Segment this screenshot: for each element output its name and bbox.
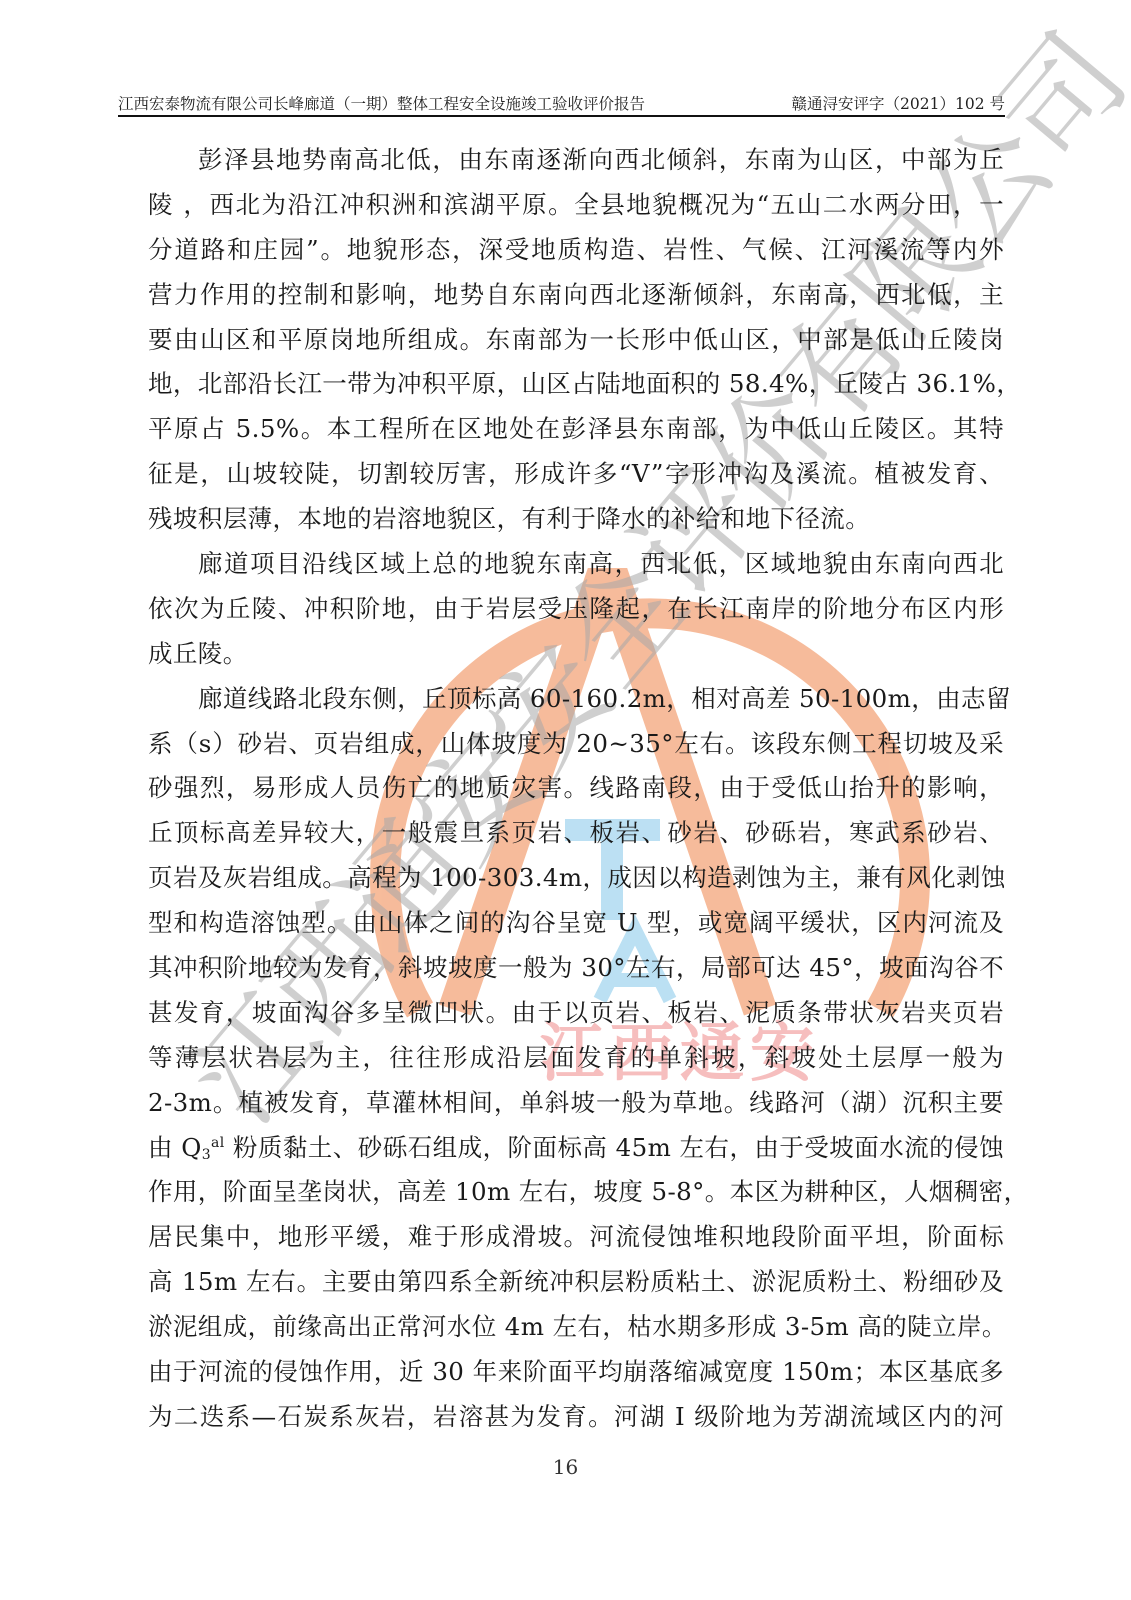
text-line: 征是，山坡较陡，切割较厉害，形成许多“V”字形冲沟及溪流。植被发育、	[148, 452, 1004, 497]
text-line: 其冲积阶地较为发育，斜坡坡度一般为 30°左右，局部可达 45°，坡面沟谷不	[148, 946, 1004, 991]
header-divider	[118, 115, 1005, 117]
text-line: 丘顶标高差异较大，一般震旦系页岩、板岩、砂岩、砂砾岩，寒武系砂岩、	[148, 811, 1004, 856]
text-line-quaternary: 由 Q3al 粉质黏土、砂砾石组成，阶面标高 45m 左右，由于受坡面水流的侵蚀	[148, 1126, 1004, 1171]
text-line: 依次为丘陵、冲积阶地，由于岩层受压隆起，在长江南岸的阶地分布区内形	[148, 587, 1004, 632]
text-line: 残坡积层薄，本地的岩溶地貌区，有利于降水的补给和地下径流。	[148, 497, 1004, 542]
document-page: 江西宏泰物流有限公司长峰廊道（一期）整体工程安全设施竣工验收评价报告 赣通浔安评…	[0, 0, 1131, 1600]
q-line-rest: 粉质黏土、砂砾石组成，阶面标高 45m 左右，由于受坡面水流的侵蚀	[225, 1133, 1004, 1162]
text-line: 成丘陵。	[148, 632, 1004, 677]
text-line: 页岩及灰岩组成。高程为 100-303.4m，成因以构造剥蚀为主，兼有风化剥蚀	[148, 856, 1004, 901]
text-line: 廊道项目沿线区域上总的地貌东南高，西北低，区域地貌由东南向西北	[148, 542, 1004, 587]
text-line: 等薄层状岩层为主，往往形成沿层面发育的单斜坡，斜坡处土层厚一般为	[148, 1036, 1004, 1081]
text-line: 居民集中，地形平缓，难于形成滑坡。河流侵蚀堆积地段阶面平坦，阶面标	[148, 1215, 1004, 1260]
q-superscript: al	[211, 1135, 225, 1151]
text-line: 廊道线路北段东侧，丘顶标高 60-160.2m，相对高差 50-100m，由志留	[148, 677, 1004, 722]
text-line: 由于河流的侵蚀作用，近 30 年来阶面平均崩落缩减宽度 150m；本区基底多	[148, 1350, 1004, 1395]
q-subscript: 3	[202, 1147, 211, 1163]
report-title: 江西宏泰物流有限公司长峰廊道（一期）整体工程安全设施竣工验收评价报告	[118, 92, 645, 114]
text-line: 淤泥组成，前缘高出正常河水位 4m 左右，枯水期多形成 3-5m 高的陡立岸。	[148, 1305, 1004, 1350]
text-line: 平原占 5.5%。本工程所在区地处在彭泽县东南部，为中低山丘陵区。其特	[148, 407, 1004, 452]
text-line: 2-3m。植被发育，草灌林相间，单斜坡一般为草地。线路河（湖）沉积主要	[148, 1081, 1004, 1126]
page-header: 江西宏泰物流有限公司长峰廊道（一期）整体工程安全设施竣工验收评价报告 赣通浔安评…	[118, 90, 1005, 114]
text-line: 地，北部沿长江一带为冲积平原，山区占陆地面积的 58.4%，丘陵占 36.1%，	[148, 362, 1004, 407]
text-line: 系（s）砂岩、页岩组成，山体坡度为 20~35°左右。该段东侧工程切坡及采	[148, 722, 1004, 767]
text-line: 为二迭系—石炭系灰岩，岩溶甚为发育。河湖 I 级阶地为芳湖流域区内的河	[148, 1395, 1004, 1440]
text-line: 型和构造溶蚀型。由山体之间的沟谷呈宽 U 型，或宽阔平缓状，区内河流及	[148, 901, 1004, 946]
text-line: 砂强烈，易形成人员伤亡的地质灾害。线路南段，由于受低山抬升的影响，	[148, 766, 1004, 811]
body-text: 彭泽县地势南高北低，由东南逐渐向西北倾斜，东南为山区，中部为丘 陵 ，西北为沿江…	[148, 138, 1004, 1440]
text-line: 作用，阶面呈垄岗状，高差 10m 左右，坡度 5-8°。本区为耕种区，人烟稠密，	[148, 1170, 1004, 1215]
page-number: 16	[0, 1455, 1131, 1479]
text-line: 陵 ，西北为沿江冲积洲和滨湖平原。全县地貌概况为“五山二水两分田，一	[148, 183, 1004, 228]
text-line: 要由山区和平原岗地所组成。东南部为一长形中低山区，中部是低山丘陵岗	[148, 318, 1004, 363]
text-line: 营力作用的控制和影响，地势自东南向西北逐渐倾斜，东南高，西北低，主	[148, 273, 1004, 318]
paragraph-corridor-terrain: 廊道项目沿线区域上总的地貌东南高，西北低，区域地貌由东南向西北 依次为丘陵、冲积…	[148, 542, 1004, 677]
text-line: 彭泽县地势南高北低，由东南逐渐向西北倾斜，东南为山区，中部为丘	[148, 138, 1004, 183]
paragraph-terrain-overview: 彭泽县地势南高北低，由东南逐渐向西北倾斜，东南为山区，中部为丘 陵 ，西北为沿江…	[148, 138, 1004, 542]
q-symbol: 由 Q	[148, 1133, 202, 1162]
paragraph-route-geology: 廊道线路北段东侧，丘顶标高 60-160.2m，相对高差 50-100m，由志留…	[148, 677, 1004, 1440]
text-line: 分道路和庄园”。地貌形态，深受地质构造、岩性、气候、江河溪流等内外	[148, 228, 1004, 273]
document-number: 赣通浔安评字（2021）102 号	[792, 92, 1005, 114]
text-line: 高 15m 左右。主要由第四系全新统冲积层粉质粘土、淤泥质粉土、粉细砂及	[148, 1260, 1004, 1305]
text-line: 甚发育，坡面沟谷多呈微凹状。由于以页岩、板岩、泥质条带状灰岩夹页岩	[148, 991, 1004, 1036]
